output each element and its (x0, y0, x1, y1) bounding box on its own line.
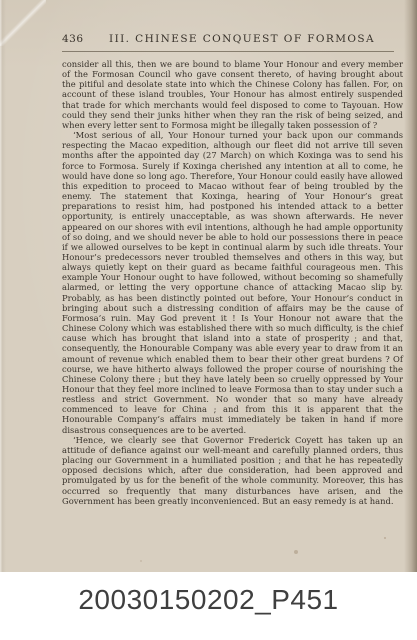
page-edge-right-shadow (404, 0, 417, 572)
running-head: 436 III. CHINESE CONQUEST OF FORMOSA (62, 33, 402, 47)
running-title: III. CHINESE CONQUEST OF FORMOSA (82, 33, 402, 45)
body-text: consider all this, then we are bound to … (62, 59, 403, 506)
body-paragraph: ‘Most serious of all, Your Honour turned… (62, 130, 403, 435)
scanned-book-page: 436 III. CHINESE CONQUEST OF FORMOSA con… (0, 0, 417, 640)
body-paragraph: ‘Hence, we clearly see that Governor Fre… (62, 435, 403, 506)
body-paragraph: consider all this, then we are bound to … (62, 59, 403, 130)
header-rule (62, 51, 394, 52)
book-page: 436 III. CHINESE CONQUEST OF FORMOSA con… (0, 0, 417, 572)
catalog-label-strip: 20030150202_P451 (0, 572, 417, 640)
catalog-label: 20030150202_P451 (78, 584, 338, 616)
paper-specks (0, 0, 2, 2)
page-corner-fold (0, 0, 46, 46)
page-edge-left-shadow (0, 0, 6, 572)
page-number: 436 (62, 33, 84, 45)
